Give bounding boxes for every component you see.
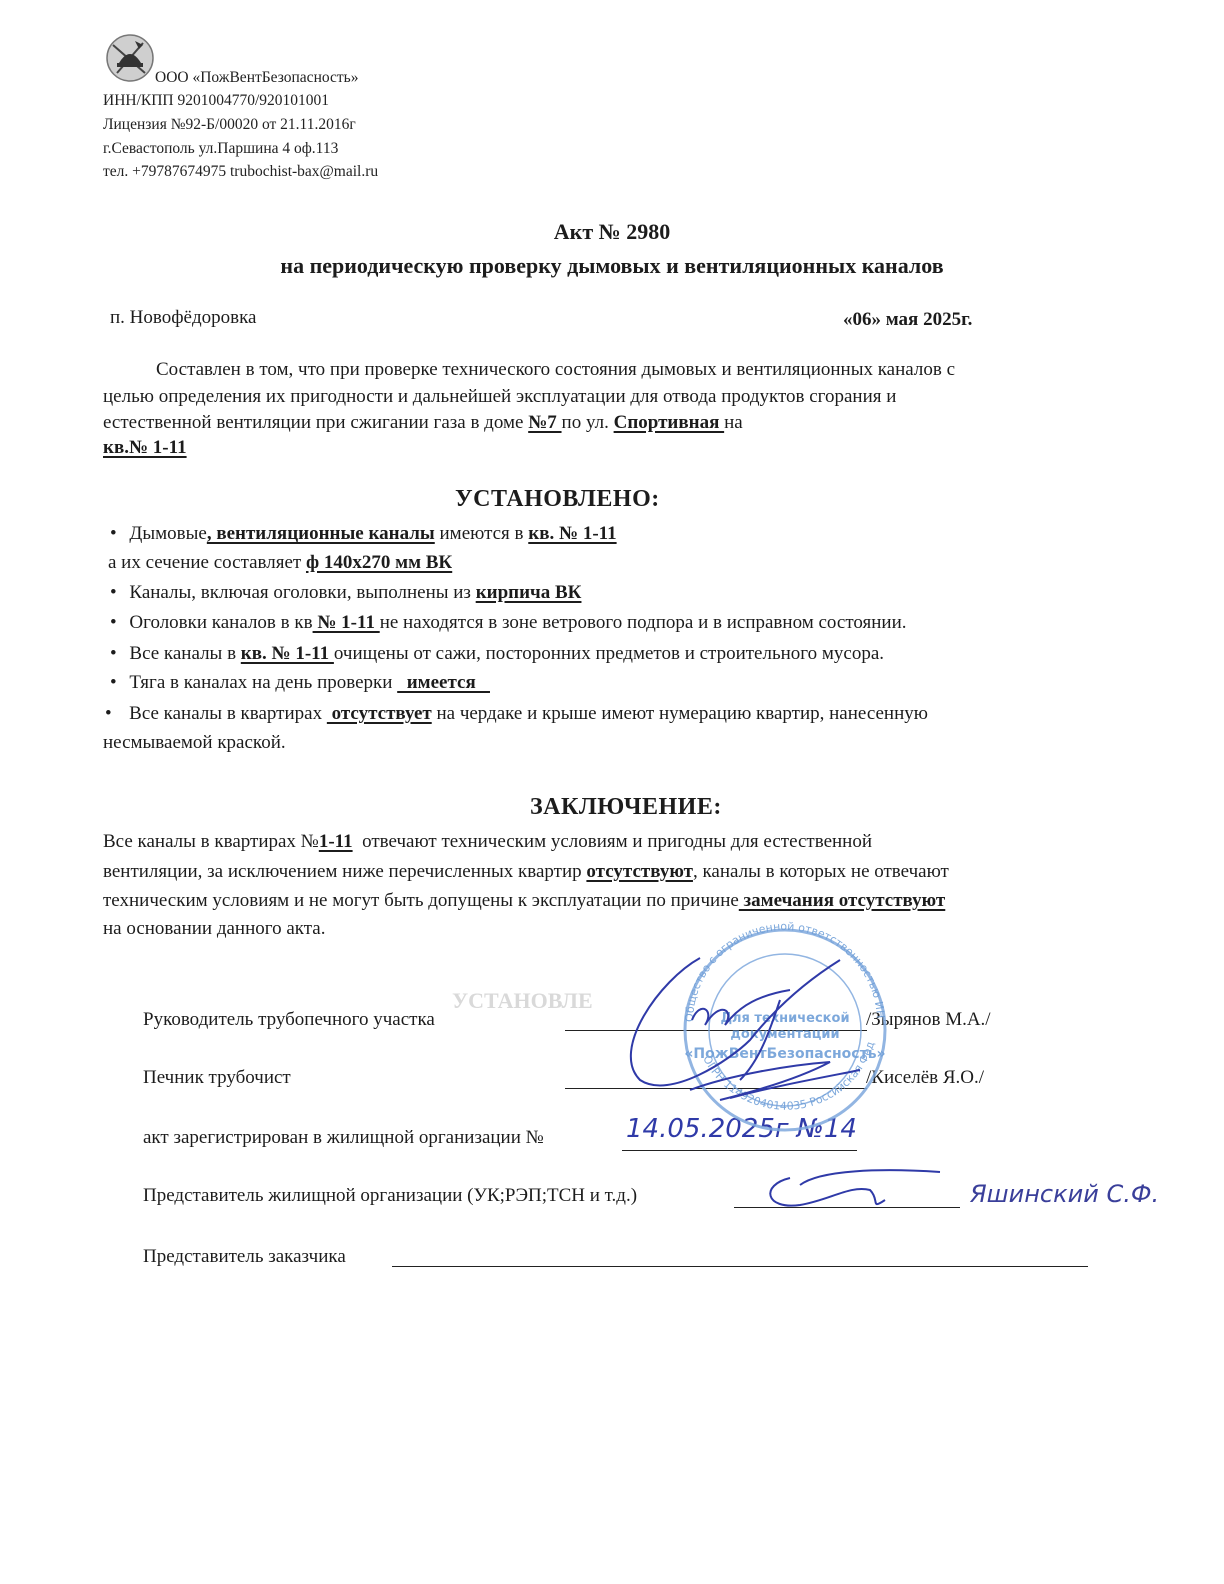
- apartment-range: кв. № 1-11: [241, 643, 334, 664]
- registration-label: акт зарегистрирован в жилищной организац…: [143, 1124, 544, 1151]
- registration-line: [622, 1150, 857, 1151]
- conclusion-text: техническим условиям и не могут быть доп…: [103, 890, 739, 911]
- conclusion-line-4: на основании данного акта.: [103, 915, 325, 942]
- conclusion-text: вентиляции, за исключением ниже перечисл…: [103, 861, 586, 882]
- company-logo: [105, 33, 155, 83]
- finding-4: Все каналы в кв. № 1-11 очищены от сажи,…: [110, 640, 884, 667]
- finding-text: Дымовые: [129, 523, 206, 544]
- intro-text: на: [724, 412, 743, 433]
- finding-text: очищены от сажи, посторонних предметов и…: [334, 643, 884, 664]
- registration-value: 14.05.2025г №14: [626, 1114, 857, 1144]
- finding-text: имеются в: [435, 523, 529, 544]
- channel-section: ф 140х270 мм ВК: [306, 552, 452, 573]
- housing-rep-label: Представитель жилищной организации (УК;Р…: [143, 1182, 637, 1209]
- act-place: п. Новофёдоровка: [110, 304, 257, 331]
- customer-signature-line: [392, 1266, 1088, 1267]
- head-label: Руководитель трубопечного участка: [143, 1006, 435, 1033]
- finding-text: Каналы, включая оголовки, выполнены из: [129, 582, 475, 603]
- finding-6-cont: несмываемой краской.: [103, 729, 286, 756]
- housing-rep-name: Яшинский С.Ф.: [970, 1180, 1159, 1208]
- company-inn: ИНН/КПП 9201004770/920101001: [103, 89, 329, 112]
- company-license: Лицензия №92-Б/00020 от 21.11.2016г: [103, 113, 356, 136]
- apartment-range: кв. № 1-11: [528, 523, 616, 544]
- housing-rep-line: [734, 1207, 960, 1208]
- act-date: «06» мая 2025г.: [843, 306, 972, 333]
- company-name: ООО «ПожВентБезопасность»: [155, 66, 358, 89]
- conclusion-line-1: Все каналы в квартирах №1-11 отвечают те…: [103, 828, 872, 855]
- conclusion-text: Все каналы в квартирах №: [103, 831, 319, 852]
- stamp-center-3: «ПожВентБезопасность»: [684, 1046, 885, 1062]
- channels-status: отсутствует: [327, 703, 432, 724]
- finding-text: Тяга в каналах на день проверки: [129, 672, 397, 693]
- conclusion-text: , каналы в которых не отвечают: [693, 861, 949, 882]
- finding-6: Все каналы в квартирах отсутствует на че…: [105, 700, 928, 727]
- intro-line-3: естественной вентиляции при сжигании газ…: [103, 409, 743, 436]
- sweep-name: /Киселёв Я.О./: [866, 1064, 984, 1091]
- sweep-label: Печник трубочист: [143, 1064, 291, 1091]
- section-heading-established: УСТАНОВЛЕНО:: [455, 486, 660, 513]
- act-number: Акт № 2980: [0, 219, 1224, 245]
- intro-text: естественной вентиляции при сжигании газ…: [103, 412, 528, 433]
- handwritten-signature-sweep: [690, 1062, 860, 1100]
- finding-text: Оголовки каналов в кв: [129, 612, 312, 633]
- remarks: замечания отсутствуют: [739, 890, 945, 911]
- conclusion-line-2: вентиляции, за исключением ниже перечисл…: [103, 858, 949, 885]
- excluded-apartments: отсутствуют: [586, 861, 693, 882]
- section-heading-conclusion: ЗАКЛЮЧЕНИЕ:: [530, 794, 722, 821]
- finding-1-cont: а их сечение составляет ф 140х270 мм ВК: [108, 549, 452, 576]
- channel-types: , вентиляционные каналы: [207, 523, 435, 544]
- conclusion-text: отвечают техническим условиям и пригодны…: [353, 831, 872, 852]
- act-subtitle: на периодическую проверку дымовых и вент…: [0, 253, 1224, 279]
- finding-text: Все каналы в: [129, 643, 240, 664]
- firefighter-helmet-icon: [105, 33, 155, 83]
- finding-3: Оголовки каналов в кв № 1-11 не находятс…: [110, 609, 907, 636]
- head-name: /Зырянов М.А./: [866, 1006, 991, 1033]
- conclusion-line-3: техническим условиям и не могут быть доп…: [103, 887, 945, 914]
- stamp-center-1: Для технической: [720, 1011, 849, 1026]
- intro-line-2: целью определения их пригодности и дальн…: [103, 383, 896, 410]
- street-name: Спортивная: [614, 412, 725, 433]
- finding-text: Все каналы в квартирах: [120, 703, 327, 724]
- draft-status: имеется: [397, 672, 490, 693]
- finding-2: Каналы, включая оголовки, выполнены из к…: [110, 579, 581, 606]
- apartment-range: № 1-11: [313, 612, 380, 633]
- intro-line-4: кв.№ 1-11: [103, 434, 187, 461]
- apartment-range: 1-11: [319, 831, 353, 852]
- company-contacts: тел. +79787674975 trubochist-bax@mail.ru: [103, 160, 378, 183]
- apartment-range: кв.№ 1-11: [103, 437, 187, 458]
- finding-text: а их сечение составляет: [108, 552, 306, 573]
- finding-text: на чердаке и крыше имеют нумерацию кварт…: [432, 703, 928, 724]
- finding-text: не находятся в зоне ветрового подпора и …: [380, 612, 907, 633]
- sweep-signature-line: [565, 1088, 867, 1089]
- finding-5: Тяга в каналах на день проверки имеется: [110, 669, 490, 696]
- handwritten-signature-head: [631, 958, 840, 1085]
- company-address: г.Севастополь ул.Паршина 4 оф.113: [103, 137, 338, 160]
- finding-1: Дымовые, вентиляционные каналы имеются в…: [110, 520, 617, 547]
- head-signature-line: [565, 1030, 867, 1031]
- intro-line-1: Составлен в том, что при проверке технич…: [156, 356, 955, 383]
- channel-material: кирпича ВК: [476, 582, 582, 603]
- customer-rep-label: Представитель заказчика: [143, 1243, 346, 1270]
- bleed-through-text: УСТАНОВЛЕ: [452, 988, 593, 1014]
- intro-text: по ул.: [562, 412, 614, 433]
- handwritten-signature-housing: [770, 1170, 940, 1205]
- house-number: №7: [528, 412, 561, 433]
